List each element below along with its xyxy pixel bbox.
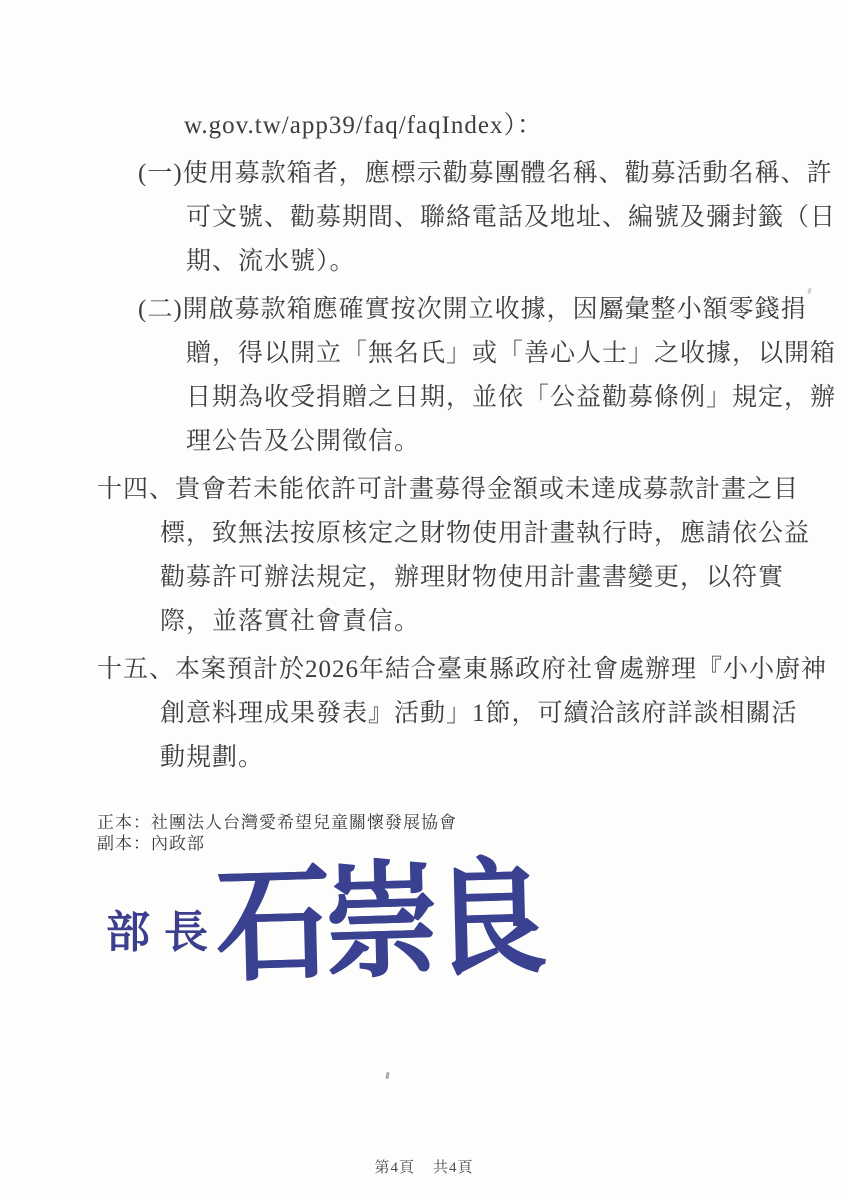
footer-page-number: 第4頁 <box>374 1160 415 1176</box>
minister-title: 部長 <box>106 896 222 960</box>
doc-line-text: 使用募款箱者，應標示勸募團體名稱、勸募活動名稱、許 <box>183 160 833 187</box>
list-item-2: (二)開啟募款箱應確實按次開立收據，因屬彙整小額零錢捐 贈，得以開立「無名氏」或… <box>0 288 848 464</box>
doc-line: 可文號、勸募期間、聯絡電話及地址、編號及彌封籤（日 <box>0 196 848 240</box>
list-item-label: (一) <box>138 160 183 187</box>
doc-line: 際，並落實社會責信。 <box>0 600 848 644</box>
doc-line: 十四、貴會若未能依許可計畫募得金額或未達成募款計畫之目 <box>0 468 848 512</box>
document-body: w.gov.tw/app39/faq/faqIndex）： (一)使用募款箱者，… <box>0 104 848 1036</box>
list-item-label: (二) <box>138 296 183 323</box>
url-line: w.gov.tw/app39/faq/faqIndex）： <box>0 104 848 148</box>
doc-line: (一)使用募款箱者，應標示勸募團體名稱、勸募活動名稱、許 <box>0 152 848 196</box>
minister-signature: 石崇良 <box>214 842 542 1005</box>
scanned-document-page: w.gov.tw/app39/faq/faqIndex）： (一)使用募款箱者，… <box>0 0 848 1200</box>
doc-line: 十五、本案預計於2026年結合臺東縣政府社會處辦理『小小廚神 <box>0 648 848 692</box>
doc-line-text: 開啟募款箱應確實按次開立收據，因屬彙整小額零錢捐 <box>183 296 807 323</box>
doc-line: 期、流水號）。 <box>0 240 848 284</box>
doc-line: (二)開啟募款箱應確實按次開立收據，因屬彙整小額零錢捐 <box>0 288 848 332</box>
doc-line: 贈，得以開立「無名氏」或「善心人士」之收據，以開箱 <box>0 332 848 376</box>
doc-line: 動規劃。 <box>0 736 848 780</box>
footer-total-pages: 共4頁 <box>433 1160 474 1176</box>
doc-line: 勸募許可辦法規定，辦理財物使用計畫書變更，以符實 <box>0 556 848 600</box>
doc-line: 理公告及公開徵信。 <box>0 420 848 464</box>
scan-speck <box>385 1072 389 1079</box>
distribution-original: 正本：社團法人台灣愛希望兒童關懷發展協會 <box>97 812 848 833</box>
doc-line: 標，致無法按原核定之財物使用計畫執行時，應請依公益 <box>0 512 848 556</box>
doc-line-text: 貴會若未能依許可計畫募得金額或未達成募款計畫之目 <box>175 476 799 503</box>
list-item-label: 十四、 <box>97 476 175 503</box>
list-item-1: (一)使用募款箱者，應標示勸募團體名稱、勸募活動名稱、許 可文號、勸募期間、聯絡… <box>0 152 848 284</box>
page-footer: 第4頁共4頁 <box>0 1156 848 1177</box>
signature-block: 部長 石崇良 <box>0 858 848 1036</box>
list-item-label: 十五、 <box>97 656 175 683</box>
doc-line: 創意料理成果發表』活動」1節，可續洽該府詳談相關活 <box>0 692 848 736</box>
doc-line: 日期為收受捐贈之日期，並依「公益勸募條例」規定，辦 <box>0 376 848 420</box>
list-item-14: 十四、貴會若未能依許可計畫募得金額或未達成募款計畫之目 標，致無法按原核定之財物… <box>0 468 848 644</box>
list-item-15: 十五、本案預計於2026年結合臺東縣政府社會處辦理『小小廚神 創意料理成果發表』… <box>0 648 848 780</box>
doc-line-text: 本案預計於2026年結合臺東縣政府社會處辦理『小小廚神 <box>175 656 827 683</box>
